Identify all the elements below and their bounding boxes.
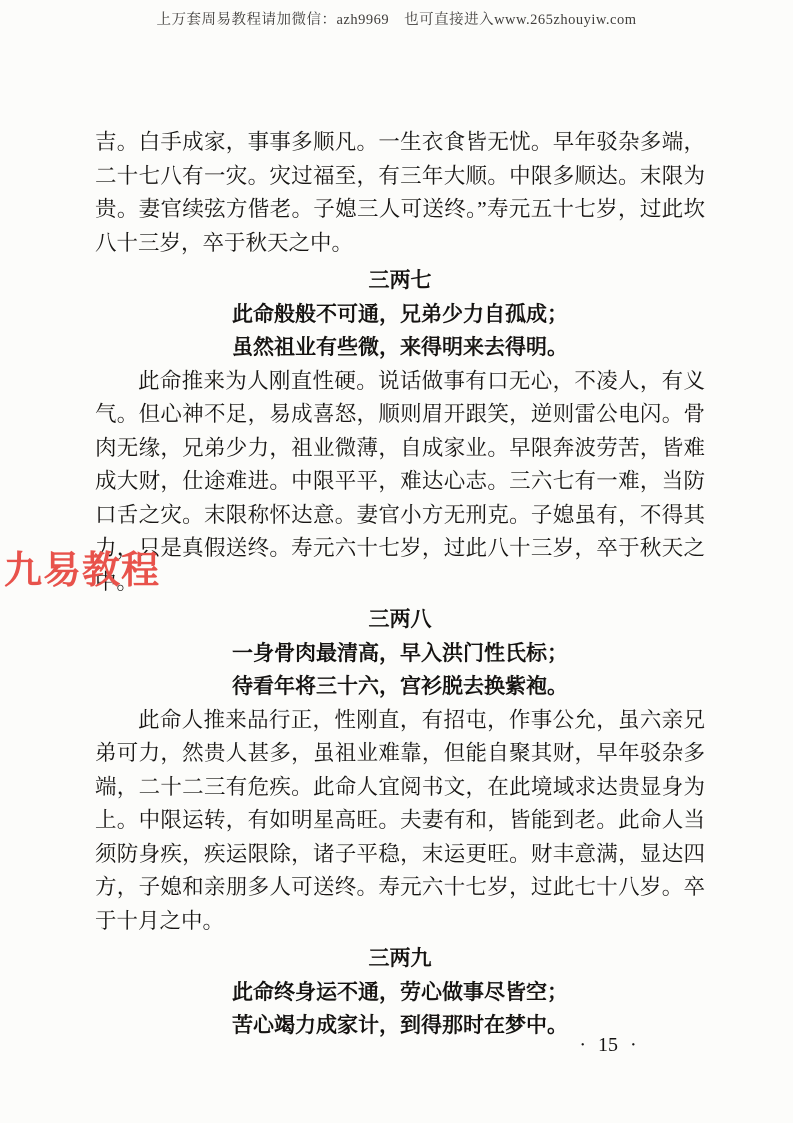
verse-line: 待看年将三十六，宫衫脱去换紫袍。 bbox=[95, 670, 705, 704]
promo-header-text: 上万套周易教程请加微信：azh9969 也可直接进入www.265zhouyiw… bbox=[0, 8, 793, 29]
verse-line: 一身骨肉最清高，早入洪门性氏标； bbox=[95, 637, 705, 671]
verse-3-liang-7: 此命般般不可通，兄弟少力自孤成； 虽然祖业有些微，来得明来去得明。 bbox=[95, 298, 705, 365]
verse-line: 虽然祖业有些微，来得明来去得明。 bbox=[95, 331, 705, 365]
verse-line: 此命终身运不通，劳心做事尽皆空； bbox=[95, 976, 705, 1010]
section-body-3-liang-7: 此命推来为人刚直性硬。说话做事有口无心，不凌人，有义气。但心神不足，易成喜怒，顺… bbox=[95, 365, 705, 600]
watermark-text: 九易教程 bbox=[4, 539, 160, 594]
section-heading-3-liang-8: 三两八 bbox=[95, 603, 705, 637]
section-heading-3-liang-7: 三两七 bbox=[95, 264, 705, 298]
verse-line: 此命般般不可通，兄弟少力自孤成； bbox=[95, 298, 705, 332]
page-content: 吉。白手成家，事事多顺凡。一生衣食皆无忧。早年驳杂多端，二十七八有一灾。灾过福至… bbox=[95, 126, 705, 1043]
intro-paragraph: 吉。白手成家，事事多顺凡。一生衣食皆无忧。早年驳杂多端，二十七八有一灾。灾过福至… bbox=[95, 126, 705, 260]
section-body-3-liang-8: 此命人推来品行正，性刚直，有招屯，作事公允，虽六亲兄弟可力，然贵人甚多，虽祖业难… bbox=[95, 704, 705, 939]
section-heading-3-liang-9: 三两九 bbox=[95, 942, 705, 976]
verse-3-liang-8: 一身骨肉最清高，早入洪门性氏标； 待看年将三十六，宫衫脱去换紫袍。 bbox=[95, 637, 705, 704]
page-number: · 15 · bbox=[553, 1034, 663, 1057]
verse-3-liang-9: 此命终身运不通，劳心做事尽皆空； 苦心竭力成家计，到得那时在梦中。 bbox=[95, 976, 705, 1043]
